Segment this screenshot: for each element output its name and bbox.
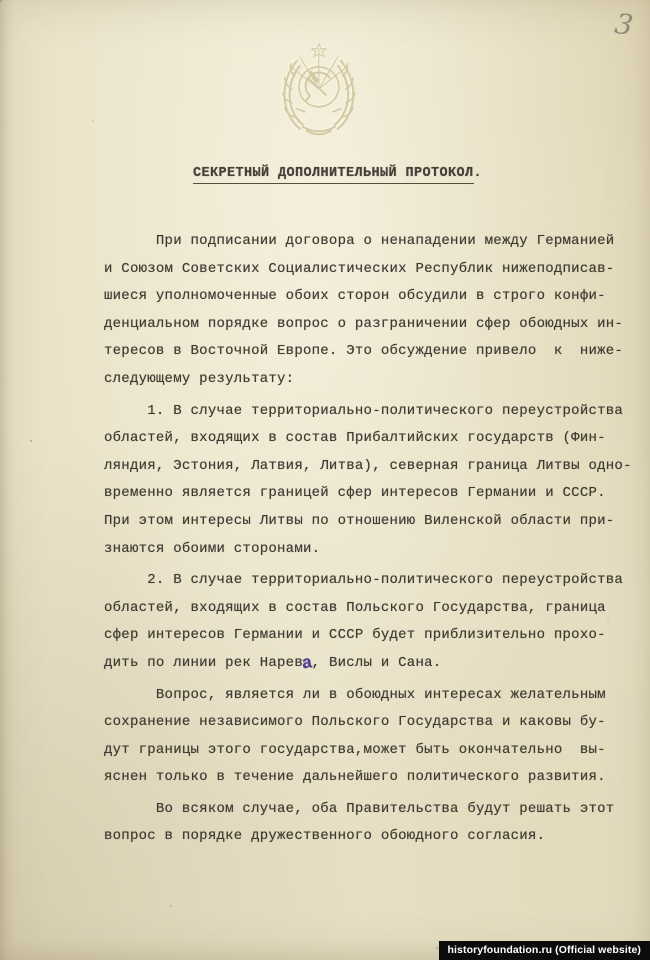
document-line: следующему результату: [104, 366, 639, 394]
document-line: и Союзом Советских Социалистических Респ… [104, 256, 639, 284]
document-title-text: СЕКРЕТНЫЙ ДОПОЛНИТЕЛЬНЫЙ ПРОТОКОЛ [193, 166, 474, 184]
document-line: 1. В случае территориально-политического… [104, 398, 639, 426]
document-line: областей, входящих в состав Прибалтийски… [104, 425, 639, 453]
document-line: шиеся уполномоченные обоих сторон обсуди… [104, 283, 639, 311]
handwritten-page-number: 3 [613, 7, 636, 42]
ussr-emblem-icon [266, 38, 370, 138]
document-line: При этом интересы Литвы по отношению Вил… [104, 508, 639, 536]
document-line: сохранение независимого Польского Госуда… [104, 709, 639, 737]
document-page: 3 [0, 0, 650, 960]
document-line: тересов в Восточной Европе. Это обсужден… [104, 338, 639, 366]
document-line: При подписании договора о ненападении ме… [104, 228, 639, 256]
document-title-period: . [474, 166, 483, 181]
document-line: знаются обоими сторонами. [104, 536, 639, 564]
document-line: сфер интересов Германии и СССР будет при… [104, 622, 639, 650]
typed-text: , Вислы и Сана. [312, 655, 442, 671]
document-line: дут границы этого государства,может быть… [104, 737, 639, 765]
paragraph: Вопрос, является ли в обоюдных интересах… [104, 682, 639, 792]
handwritten-ink-correction: а [300, 647, 316, 683]
ussr-coat-of-arms-emblem [266, 38, 370, 143]
document-line: ляндия, Эстония, Латвия, Литва), северна… [104, 453, 639, 481]
document-line: вопрос в порядке дружественного обоюдног… [104, 823, 639, 851]
paragraph: При подписании договора о ненападении ме… [104, 228, 639, 394]
document-line: 2. В случае территориально-политического… [104, 567, 639, 595]
document-line: областей, входящих в состав Польского Го… [104, 595, 639, 623]
paragraph: 1. В случае территориально-политического… [104, 398, 639, 564]
paragraph: 2. В случае территориально-политического… [104, 567, 639, 677]
document-line: дить по линии рек Нарева, Вислы и Сана. [104, 650, 639, 678]
document-title: СЕКРЕТНЫЙ ДОПОЛНИТЕЛЬНЫЙ ПРОТОКОЛ. [193, 166, 482, 181]
document-line: яснен только в течение дальнейшего полит… [104, 764, 639, 792]
source-watermark: historyfoundation.ru (Official website) [439, 941, 650, 960]
typed-text: дить по линии рек Нарев [104, 655, 303, 671]
paragraph: Во всяком случае, оба Правительства буду… [104, 796, 639, 851]
document-body: При подписании договора о ненападении ме… [104, 228, 639, 855]
document-line: денциальном порядке вопрос о разграничен… [104, 311, 639, 339]
document-line: Во всяком случае, оба Правительства буду… [104, 796, 639, 824]
document-line: Вопрос, является ли в обоюдных интересах… [104, 682, 639, 710]
document-line: временно является границей сфер интересо… [104, 480, 639, 508]
